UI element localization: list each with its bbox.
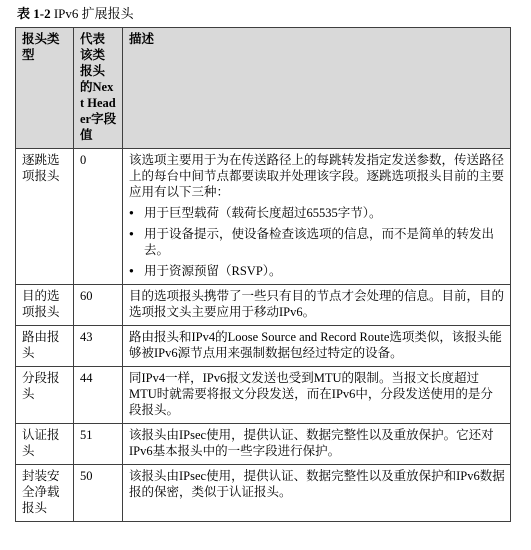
list-item: ● 用于设备提示，使设备检查该选项的信息，而不是简单的转发出去。 bbox=[129, 226, 505, 258]
document-page: 表 1-2 IPv6 扩展报头 报头类型 代表该类报头的Next Header字… bbox=[0, 0, 531, 550]
description-cell: 该报头由IPsec使用，提供认证、数据完整性以及重放保护。它还对IPv6基本报头… bbox=[123, 424, 511, 465]
description-cell: 目的选项报头携带了一些只有目的节点才会处理的信息。目前，目的选项报文头主要应用于… bbox=[123, 285, 511, 326]
bullet-text: 用于资源预留（RSVP）。 bbox=[144, 263, 505, 279]
next-header-value-cell: 50 bbox=[74, 465, 123, 522]
header-type-cell: 路由报头 bbox=[16, 326, 74, 367]
description-paragraph: 该选项主要用于为在传送路径上的每跳转发指定发送参数，传送路径上的每台中间节点都要… bbox=[129, 152, 505, 200]
header-type-cell: 分段报头 bbox=[16, 367, 74, 424]
ipv6-extension-headers-table: 报头类型 代表该类报头的Next Header字段值 描述 逐跳选项报头 0 该… bbox=[15, 27, 511, 522]
description-cell: 该选项主要用于为在传送路径上的每跳转发指定发送参数，传送路径上的每台中间节点都要… bbox=[123, 149, 511, 285]
column-header-description: 描述 bbox=[123, 28, 511, 149]
header-row: 报头类型 代表该类报头的Next Header字段值 描述 bbox=[16, 28, 511, 149]
column-header-type: 报头类型 bbox=[16, 28, 74, 149]
list-item: ● 用于巨型载荷（载荷长度超过65535字节）。 bbox=[129, 205, 505, 221]
next-header-value-cell: 43 bbox=[74, 326, 123, 367]
table-caption-text: IPv6 扩展报头 bbox=[54, 6, 134, 21]
bullet-icon: ● bbox=[129, 205, 144, 221]
table-row: 目的选项报头 60 目的选项报头携带了一些只有目的节点才会处理的信息。目前，目的… bbox=[16, 285, 511, 326]
list-item: ● 用于资源预留（RSVP）。 bbox=[129, 263, 505, 279]
next-header-value-cell: 51 bbox=[74, 424, 123, 465]
bullet-icon: ● bbox=[129, 226, 144, 242]
next-header-value-cell: 44 bbox=[74, 367, 123, 424]
table-header: 报头类型 代表该类报头的Next Header字段值 描述 bbox=[16, 28, 511, 149]
description-cell: 路由报头和IPv4的Loose Source and Record Route选… bbox=[123, 326, 511, 367]
header-type-cell: 逐跳选项报头 bbox=[16, 149, 74, 285]
bullet-icon: ● bbox=[129, 263, 144, 279]
table-caption: 表 1-2 IPv6 扩展报头 bbox=[17, 6, 134, 22]
description-cell: 同IPv4一样，IPv6报文发送也受到MTU的限制。当报文长度超过MTU时就需要… bbox=[123, 367, 511, 424]
bullet-text: 用于设备提示，使设备检查该选项的信息，而不是简单的转发出去。 bbox=[144, 226, 505, 258]
bullet-text: 用于巨型载荷（载荷长度超过65535字节）。 bbox=[144, 205, 505, 221]
header-type-cell: 目的选项报头 bbox=[16, 285, 74, 326]
table-row: 路由报头 43 路由报头和IPv4的Loose Source and Recor… bbox=[16, 326, 511, 367]
table-row: 封装安全净载报头 50 该报头由IPsec使用，提供认证、数据完整性以及重放保护… bbox=[16, 465, 511, 522]
table-row: 逐跳选项报头 0 该选项主要用于为在传送路径上的每跳转发指定发送参数，传送路径上… bbox=[16, 149, 511, 285]
description-cell: 该报头由IPsec使用，提供认证、数据完整性以及重放保护和IPv6数据报的保密，… bbox=[123, 465, 511, 522]
header-type-cell: 封装安全净载报头 bbox=[16, 465, 74, 522]
table-caption-number: 表 1-2 bbox=[17, 6, 51, 21]
next-header-value-cell: 60 bbox=[74, 285, 123, 326]
table-row: 分段报头 44 同IPv4一样，IPv6报文发送也受到MTU的限制。当报文长度超… bbox=[16, 367, 511, 424]
table-body: 逐跳选项报头 0 该选项主要用于为在传送路径上的每跳转发指定发送参数，传送路径上… bbox=[16, 149, 511, 522]
header-type-cell: 认证报头 bbox=[16, 424, 74, 465]
table-row: 认证报头 51 该报头由IPsec使用，提供认证、数据完整性以及重放保护。它还对… bbox=[16, 424, 511, 465]
next-header-value-cell: 0 bbox=[74, 149, 123, 285]
column-header-next-header-value: 代表该类报头的Next Header字段值 bbox=[74, 28, 123, 149]
